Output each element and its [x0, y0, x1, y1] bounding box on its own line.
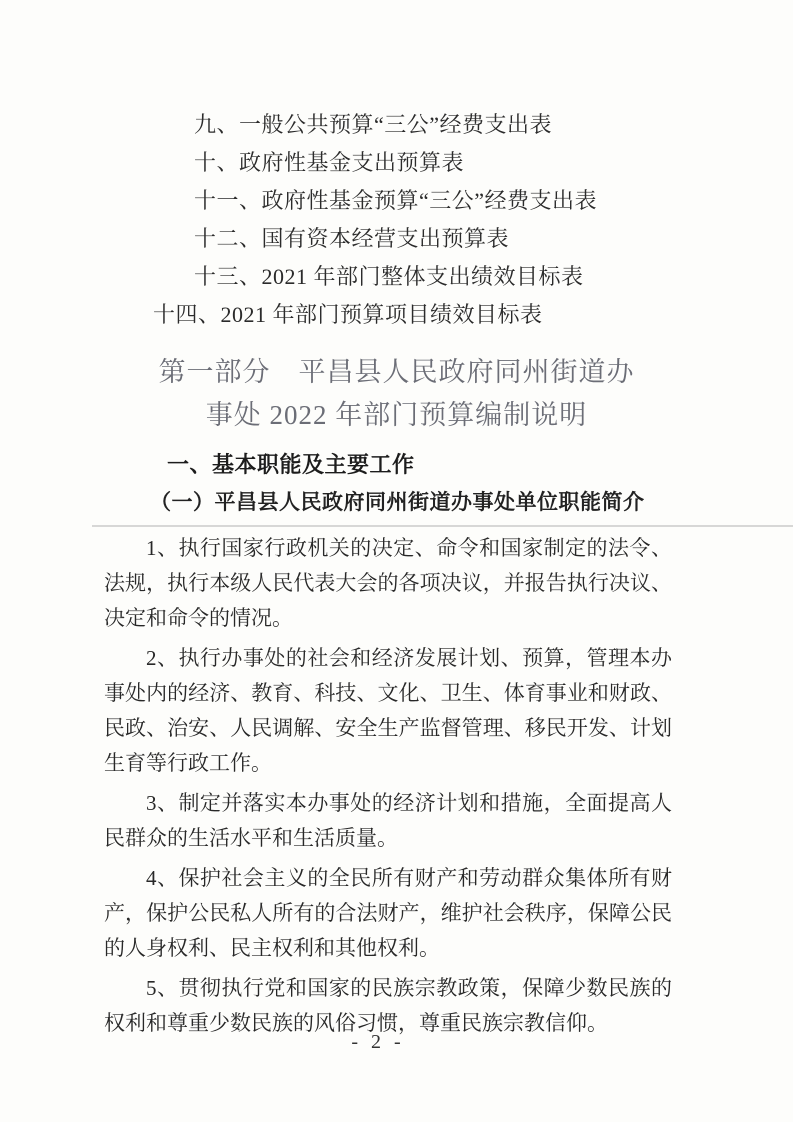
subsection-heading: （一）平昌县人民政府同州街道办事处单位职能简介	[150, 486, 645, 516]
part-heading-line1: 第一部分 平昌县人民政府同州街道办	[159, 357, 635, 387]
table-of-contents: 九、一般公共预算“三公”经费支出表 十、政府性基金支出预算表 十一、政府性基金预…	[0, 106, 793, 334]
document-page: 九、一般公共预算“三公”经费支出表 十、政府性基金支出预算表 十一、政府性基金预…	[0, 0, 793, 1122]
toc-item: 九、一般公共预算“三公”经费支出表	[0, 106, 793, 144]
page-number: - 2 -	[104, 1031, 652, 1054]
toc-item: 十一、政府性基金预算“三公”经费支出表	[0, 182, 793, 220]
part-heading: 第一部分 平昌县人民政府同州街道办 事处 2022 年部门预算编制说明	[0, 351, 793, 437]
paragraph: 4、保护社会主义的全民所有财产和劳动群众集体所有财产，保护公民私人所有的合法财产…	[104, 861, 672, 966]
scan-artifact-line	[92, 525, 793, 527]
toc-item: 十四、2021 年部门预算项目绩效目标表	[0, 296, 793, 334]
toc-item: 十、政府性基金支出预算表	[0, 144, 793, 182]
section-heading: 一、基本职能及主要工作	[167, 448, 415, 479]
part-heading-line2: 事处 2022 年部门预算编制说明	[206, 400, 588, 430]
toc-item: 十二、国有资本经营支出预算表	[0, 220, 793, 258]
paragraph: 2、执行办事处的社会和经济发展计划、预算，管理本办事处内的经济、教育、科技、文化…	[104, 641, 672, 781]
paragraph: 1、执行国家行政机关的决定、命令和国家制定的法令、法规，执行本级人民代表大会的各…	[104, 531, 672, 636]
toc-item: 十三、2021 年部门整体支出绩效目标表	[0, 258, 793, 296]
paragraph: 3、制定并落实本办事处的经济计划和措施，全面提高人民群众的生活水平和生活质量。	[104, 786, 672, 856]
body-text: 1、执行国家行政机关的决定、命令和国家制定的法令、法规，执行本级人民代表大会的各…	[104, 531, 672, 1046]
